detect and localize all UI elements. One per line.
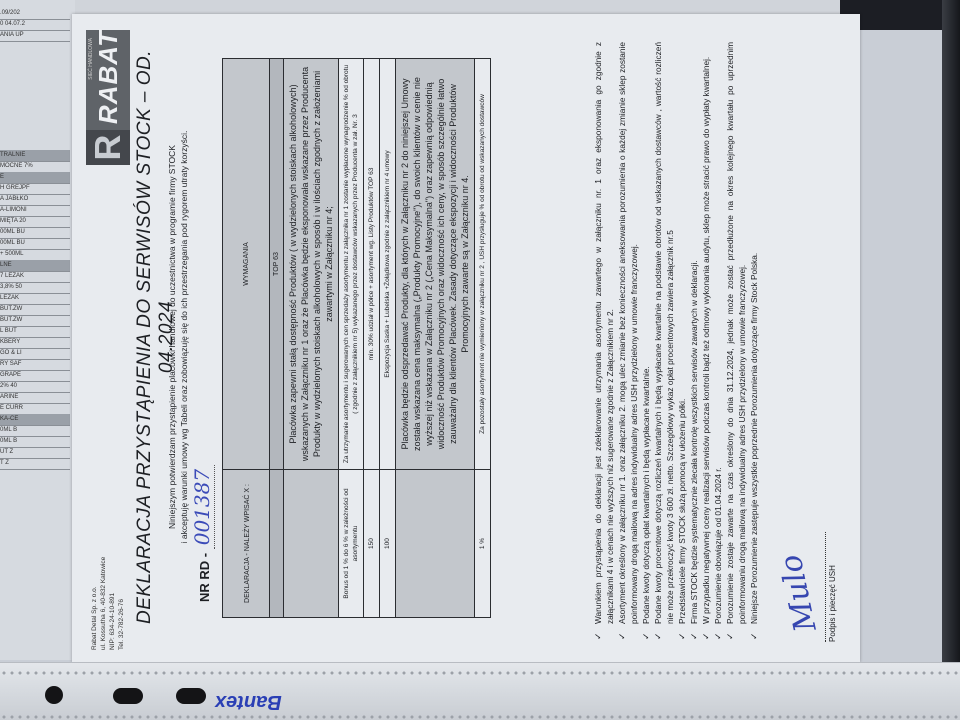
company-name: Rabat Detal Sp. z o.o. — [90, 557, 99, 650]
punch-hole — [176, 688, 206, 704]
punch-hole — [45, 686, 63, 704]
background-row: T Z — [0, 458, 70, 470]
checkmark-icon: ✓ — [652, 632, 664, 640]
section-top63: TOP 63 — [270, 59, 284, 470]
requirement-exposure: Ekspozycja Saska + Lubelska +Żołądkowa z… — [380, 59, 396, 470]
checkmark-icon: ✓ — [748, 632, 760, 640]
condition-item: ✓Warunkiem przystąpienia do deklaracji j… — [592, 42, 616, 642]
condition-item: ✓Przedstawiciele firmy STOCK służą pomoc… — [676, 42, 688, 642]
requirement-retention: Za utrzymanie asortymentu i sugerowanych… — [339, 59, 364, 470]
condition-text: Podane kwoty dotyczą opłat kwartalnych i… — [641, 366, 651, 624]
logo-text: RABAT — [93, 30, 124, 130]
signature-label: Podpis i pieczęć USH — [828, 565, 837, 642]
condition-text: Podane kwoty procentowe dotyczą rozlicze… — [653, 42, 675, 624]
condition-item: ✓Podane kwoty dotyczą opłat kwartalnych … — [640, 42, 652, 642]
checkmark-icon: ✓ — [616, 632, 628, 640]
condition-text: Porozumienie zostaje zawarte na czas okr… — [725, 42, 747, 624]
requirements-header-cell: WYMAGANIA — [223, 59, 270, 470]
checkmark-icon: ✓ — [592, 632, 604, 640]
document-page: Rabat Detal Sp. z o.o. ul. Kossutha 6, 4… — [72, 14, 860, 662]
requirements-table: DEKLARACJA - NALEŻY WPISAĆ X : WYMAGANIA… — [222, 58, 491, 618]
sheet-protector-sleeve — [0, 662, 960, 720]
document-sheet: Rabat Detal Sp. z o.o. ul. Kossutha 6, 4… — [72, 14, 860, 662]
shelf-value: 150 — [364, 470, 380, 618]
checkmark-icon: ✓ — [640, 632, 652, 640]
other-value: 1 % — [475, 470, 491, 618]
dark-edge — [942, 0, 960, 720]
condition-text: Przedstawiciele firmy STOCK służą pomocą… — [677, 399, 687, 624]
condition-text: Niniejsze Porozumienie zastępuje wszystk… — [749, 253, 759, 624]
requirement-shelf: min. 30% udział w półce + asortyment wg.… — [364, 59, 380, 470]
background-sheet-top — [75, 0, 960, 14]
background-sheet: .09/2020 04.07.2ANIA UPTRALNIEMOCNE 7%EH… — [0, 0, 75, 660]
condition-text: Firma STOCK będzie systematycznie zlecał… — [689, 260, 699, 624]
condition-item: ✓Asortyment określony w załączniku nr 1.… — [616, 42, 640, 642]
table-row: Bonus od 1 % do 6 % w zależności od asor… — [339, 59, 364, 618]
sleeve-perforation — [0, 715, 960, 719]
requirement-other: Za pozostały asortyment nie wymieniony w… — [475, 59, 491, 470]
intro-line-2: i akceptuję warunki umowy wg Tabeli oraz… — [178, 32, 190, 642]
requirement-promo: Placówka będzie odsprzedawać Produkty, d… — [396, 59, 475, 470]
condition-text: Porozumienie obowiązuje od 01.04.2024 r. — [713, 467, 723, 624]
condition-item: ✓Niniejsze Porozumienie zastępuje wszyst… — [748, 42, 760, 642]
table-row: Placówka zapewni stałą dostępność Produk… — [284, 59, 339, 618]
declaration-header-cell: DEKLARACJA - NALEŻY WPISAĆ X : — [223, 470, 270, 618]
bantex-brand: Bantex — [215, 690, 282, 713]
condition-item: ✓W przypadku negatywnej oceny realizacji… — [700, 42, 712, 642]
table-row: Placówka będzie odsprzedawać Produkty, d… — [396, 59, 475, 618]
checkmark-icon: ✓ — [700, 632, 712, 640]
declaration-cell[interactable] — [284, 470, 339, 618]
company-nip: NIP: 634-24-10-891 — [108, 557, 117, 650]
intro-text: Niniejszym potwierdzam przystąpienie pla… — [166, 32, 190, 642]
nr-rd-field: NR RD - 001387 — [190, 465, 214, 602]
company-info: Rabat Detal Sp. z o.o. ul. Kossutha 6, 4… — [90, 557, 126, 650]
sleeve-perforation — [0, 671, 960, 675]
checkmark-icon: ✓ — [676, 632, 688, 640]
condition-text: W przypadku negatywnej oceny realizacji … — [701, 57, 711, 624]
table-row: 100 Ekspozycja Saska + Lubelska +Żołądko… — [380, 59, 396, 618]
conditions-list: ✓Warunkiem przystąpienia do deklaracji j… — [592, 42, 760, 642]
intro-line-1: Niniejszym potwierdzam przystąpienie pla… — [166, 32, 178, 642]
signature-block: Mulo Podpis i pieczęć USH — [807, 532, 837, 642]
checkmark-icon: ✓ — [688, 632, 700, 640]
logo-tagline: SIEĆ HANDLOWA — [88, 38, 94, 80]
condition-item: ✓Firma STOCK będzie systematycznie zleca… — [688, 42, 700, 642]
punch-hole — [113, 688, 143, 704]
declaration-cell-promo[interactable] — [396, 470, 475, 618]
table-header-row: DEKLARACJA - NALEŻY WPISAĆ X : WYMAGANIA — [223, 59, 270, 618]
condition-item: ✓Podane kwoty procentowe dotyczą rozlicz… — [652, 42, 676, 642]
condition-item: ✓Porozumienie obowiązuje od 01.04.2024 r… — [712, 42, 724, 642]
checkmark-icon: ✓ — [712, 632, 724, 640]
checkmark-icon: ✓ — [724, 632, 736, 640]
section-row-top63: TOP 63 — [270, 59, 284, 618]
condition-text: Warunkiem przystąpienia do deklaracji je… — [593, 42, 615, 624]
exposure-value: 100 — [380, 470, 396, 618]
company-phone: Tel. 32-782-26-76 — [117, 557, 126, 650]
table-row: 1 % Za pozostały asortyment nie wymienio… — [475, 59, 491, 618]
nr-rd-label: NR RD - — [197, 553, 212, 602]
bonus-value: Bonus od 1 % do 6 % w zależności od asor… — [339, 470, 364, 618]
table-row: 150 min. 30% udział w półce + asortyment… — [364, 59, 380, 618]
nr-rd-handwritten-value[interactable]: 001387 — [190, 465, 215, 549]
condition-item: ✓Porozumienie zostaje zawarte na czas ok… — [724, 42, 748, 642]
declaration-cell-top63[interactable] — [270, 470, 284, 618]
background-text: ANIA UP — [0, 30, 70, 42]
logo-letter: R — [86, 130, 130, 165]
condition-text: Asortyment określony w załączniku nr 1. … — [617, 42, 639, 624]
requirement-availability: Placówka zapewni stałą dostępność Produk… — [284, 59, 339, 470]
rabat-logo: R RABAT SIEĆ HANDLOWA — [86, 30, 130, 165]
company-address: ul. Kossutha 6, 40-832 Katowice — [99, 557, 108, 650]
